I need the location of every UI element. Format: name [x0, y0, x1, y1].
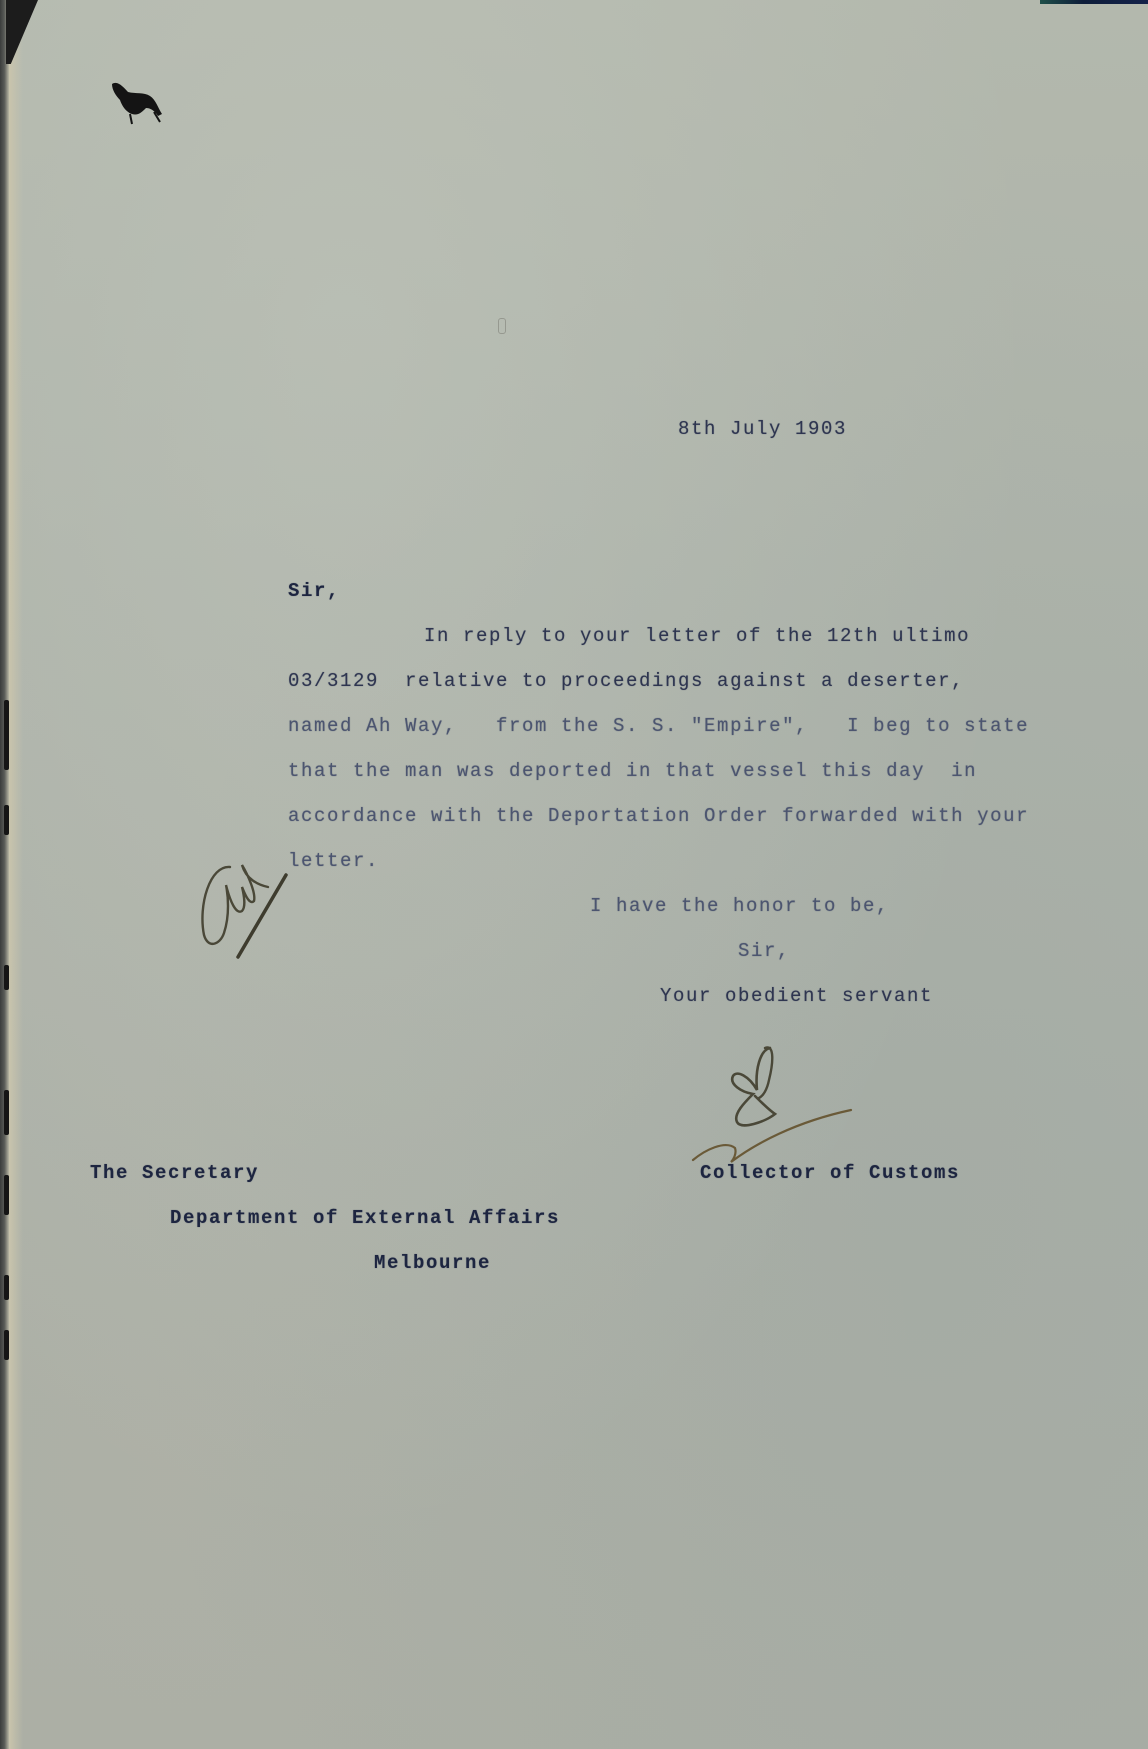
- body-line-6: letter.: [288, 850, 379, 872]
- page-left-edge: [0, 0, 9, 1749]
- letter-date: 8th July 1903: [678, 418, 847, 440]
- top-edge-strip: [1040, 0, 1148, 4]
- edge-damage-mark: [4, 1175, 9, 1215]
- addressee-line-2: Department of External Affairs: [170, 1207, 560, 1229]
- signature-icon: [685, 1040, 855, 1170]
- addressee-line-1: The Secretary: [90, 1162, 259, 1184]
- addressee-line-3: Melbourne: [374, 1252, 491, 1274]
- closing-line-3: Your obedient servant: [660, 985, 933, 1007]
- salutation: Sir,: [288, 580, 340, 602]
- body-line-3: named Ah Way, from the S. S. "Empire", I…: [288, 715, 1029, 737]
- signatory-title: Collector of Customs: [700, 1162, 960, 1184]
- body-line-5: accordance with the Deportation Order fo…: [288, 805, 1029, 827]
- body-line-4: that the man was deported in that vessel…: [288, 760, 977, 782]
- edge-damage-mark: [4, 1090, 9, 1135]
- letter-page: 8th July 1903 Sir, In reply to your lett…: [0, 0, 1148, 1749]
- ink-blot-icon: [108, 78, 168, 128]
- edge-damage-mark: [4, 1275, 9, 1300]
- paper-blemish: [498, 318, 506, 334]
- page-left-fold: [9, 0, 23, 1749]
- margin-initials-icon: [190, 845, 290, 965]
- edge-damage-mark: [4, 1330, 9, 1360]
- closing-line-1: I have the honor to be,: [590, 895, 889, 917]
- edge-damage-mark: [4, 700, 9, 770]
- closing-line-2: Sir,: [738, 940, 790, 962]
- edge-damage-mark: [4, 965, 9, 990]
- body-line-2: 03/3129 relative to proceedings against …: [288, 670, 964, 692]
- body-line-1: In reply to your letter of the 12th ulti…: [424, 625, 970, 647]
- edge-damage-mark: [4, 805, 9, 835]
